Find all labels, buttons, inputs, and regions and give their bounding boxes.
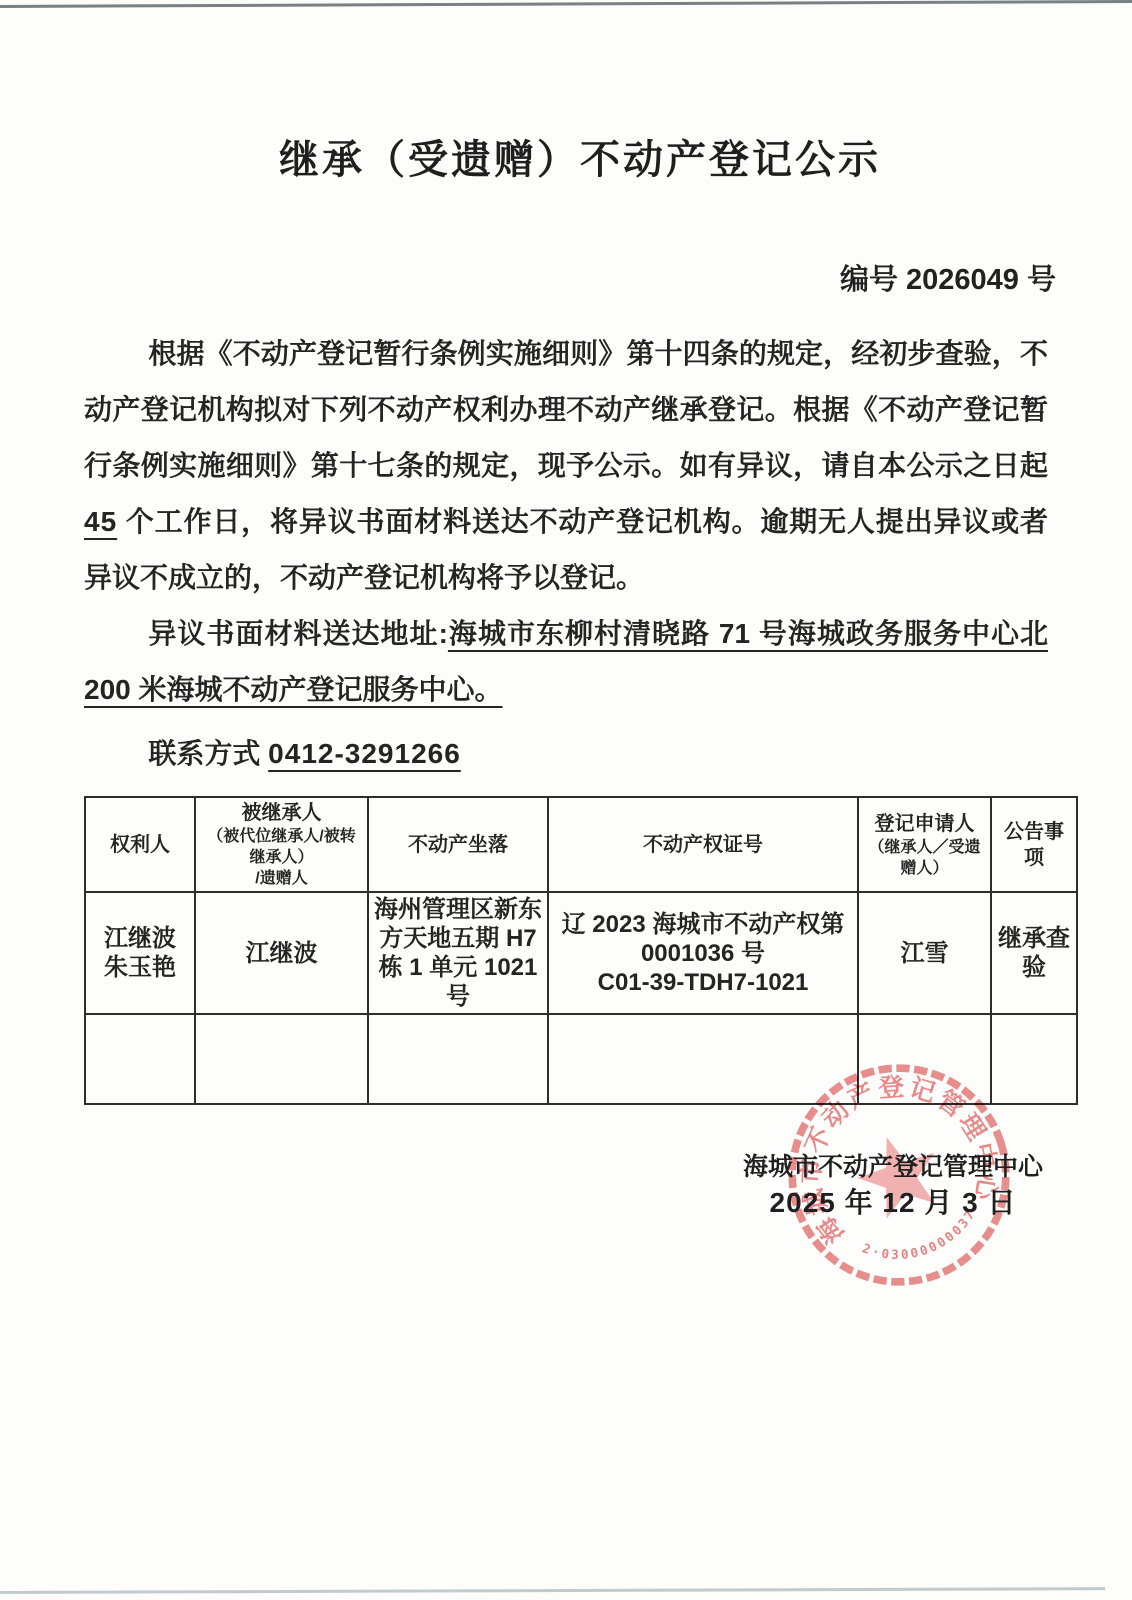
contact-phone-number: 0412-3291266: [268, 738, 461, 769]
header-applicant: 登记申请人 （继承人／受遗赠人）: [858, 797, 991, 892]
contact-label: 联系方式: [148, 738, 268, 769]
document-number: 编号 2026049 号: [84, 260, 1056, 300]
scan-artifact-bottom-edge: [0, 1587, 1105, 1594]
decedent-value: 江继波: [200, 939, 363, 968]
header-applicant-sub: （继承人／受遗赠人）: [863, 837, 986, 879]
notice-text-part2: 个工作日，将异议书面材料送达不动产登记机构。逾期无人提出异议或者异议不成立的，不…: [84, 506, 1048, 593]
contact-paragraph: 联系方式 0412-3291266: [84, 726, 1048, 782]
applicant-value: 江雪: [863, 939, 986, 968]
cell-decedent: 江继波: [195, 892, 368, 1014]
header-rights-holder: 权利人: [85, 797, 195, 892]
scan-artifact-top-edge: [0, 0, 1132, 8]
address-label: 异议书面材料送达地址:: [148, 618, 448, 649]
notice-text-part1: 根据《不动产登记暂行条例实施细则》第十四条的规定，经初步查验，不动产登记机构拟对…: [84, 338, 1048, 481]
cell-applicant: 江雪: [858, 892, 991, 1014]
address-paragraph: 异议书面材料送达地址:海城市东柳村清晓路 71 号海城政务服务中心北 200 米…: [84, 606, 1048, 718]
document-body: 根据《不动产登记暂行条例实施细则》第十四条的规定，经初步查验，不动产登记机构拟对…: [84, 326, 1048, 782]
certificate-number-value: 辽 2023 海城市不动产权第0001036 号C01-39-TDH7-1021: [553, 910, 853, 997]
header-certificate-number: 不动产权证号: [548, 797, 858, 892]
cell-decedent-empty: [195, 1014, 368, 1104]
header-certificate-number-label: 不动产权证号: [553, 832, 853, 858]
table-header-row: 权利人 被继承人 （被代位继承人/被转继承人）/遗赠人 不动产坐落 不动产权证号…: [85, 797, 1077, 892]
cell-certificate-number: 辽 2023 海城市不动产权第0001036 号C01-39-TDH7-1021: [548, 892, 858, 1014]
document-page: 继承（受遗赠）不动产登记公示 编号 2026049 号 根据《不动产登记暂行条例…: [84, 132, 1076, 1105]
header-property-location-label: 不动产坐落: [373, 832, 543, 858]
property-location-value: 海州管理区新东方天地五期 H7栋 1 单元 1021号: [373, 895, 543, 1011]
cell-rights-holder: 江继波朱玉艳: [85, 892, 195, 1014]
issuing-organization: 海城市不动产登记管理中心: [728, 1150, 1058, 1184]
header-notice-item: 公告事项: [991, 797, 1077, 892]
cell-rights-holder-empty: [85, 1014, 195, 1104]
notice-item-value: 继承查验: [996, 924, 1072, 982]
cell-notice-item: 继承查验: [991, 892, 1077, 1014]
rights-holder-value: 江继波朱玉艳: [90, 924, 190, 982]
header-notice-item-label: 公告事项: [996, 819, 1072, 871]
header-decedent-label: 被继承人: [200, 800, 363, 826]
objection-days-value: 45: [84, 506, 117, 537]
header-property-location: 不动产坐落: [368, 797, 548, 892]
header-rights-holder-label: 权利人: [90, 832, 190, 858]
table-row: 江继波朱玉艳 江继波 海州管理区新东方天地五期 H7栋 1 单元 1021号 辽…: [85, 892, 1077, 1014]
notice-paragraph: 根据《不动产登记暂行条例实施细则》第十四条的规定，经初步查验，不动产登记机构拟对…: [84, 326, 1048, 606]
header-applicant-label: 登记申请人: [863, 811, 986, 837]
cell-property-location-empty: [368, 1014, 548, 1104]
signature-block: 海城市不动产登记管理中心 2025 年 12 月 3 日: [728, 1150, 1058, 1222]
cell-property-location: 海州管理区新东方天地五期 H7栋 1 单元 1021号: [368, 892, 548, 1014]
header-decedent-sub: （被代位继承人/被转继承人）/遗赠人: [200, 826, 363, 889]
header-decedent: 被继承人 （被代位继承人/被转继承人）/遗赠人: [195, 797, 368, 892]
document-title: 继承（受遗赠）不动产登记公示: [84, 132, 1076, 188]
issue-date: 2025 年 12 月 3 日: [728, 1184, 1058, 1222]
